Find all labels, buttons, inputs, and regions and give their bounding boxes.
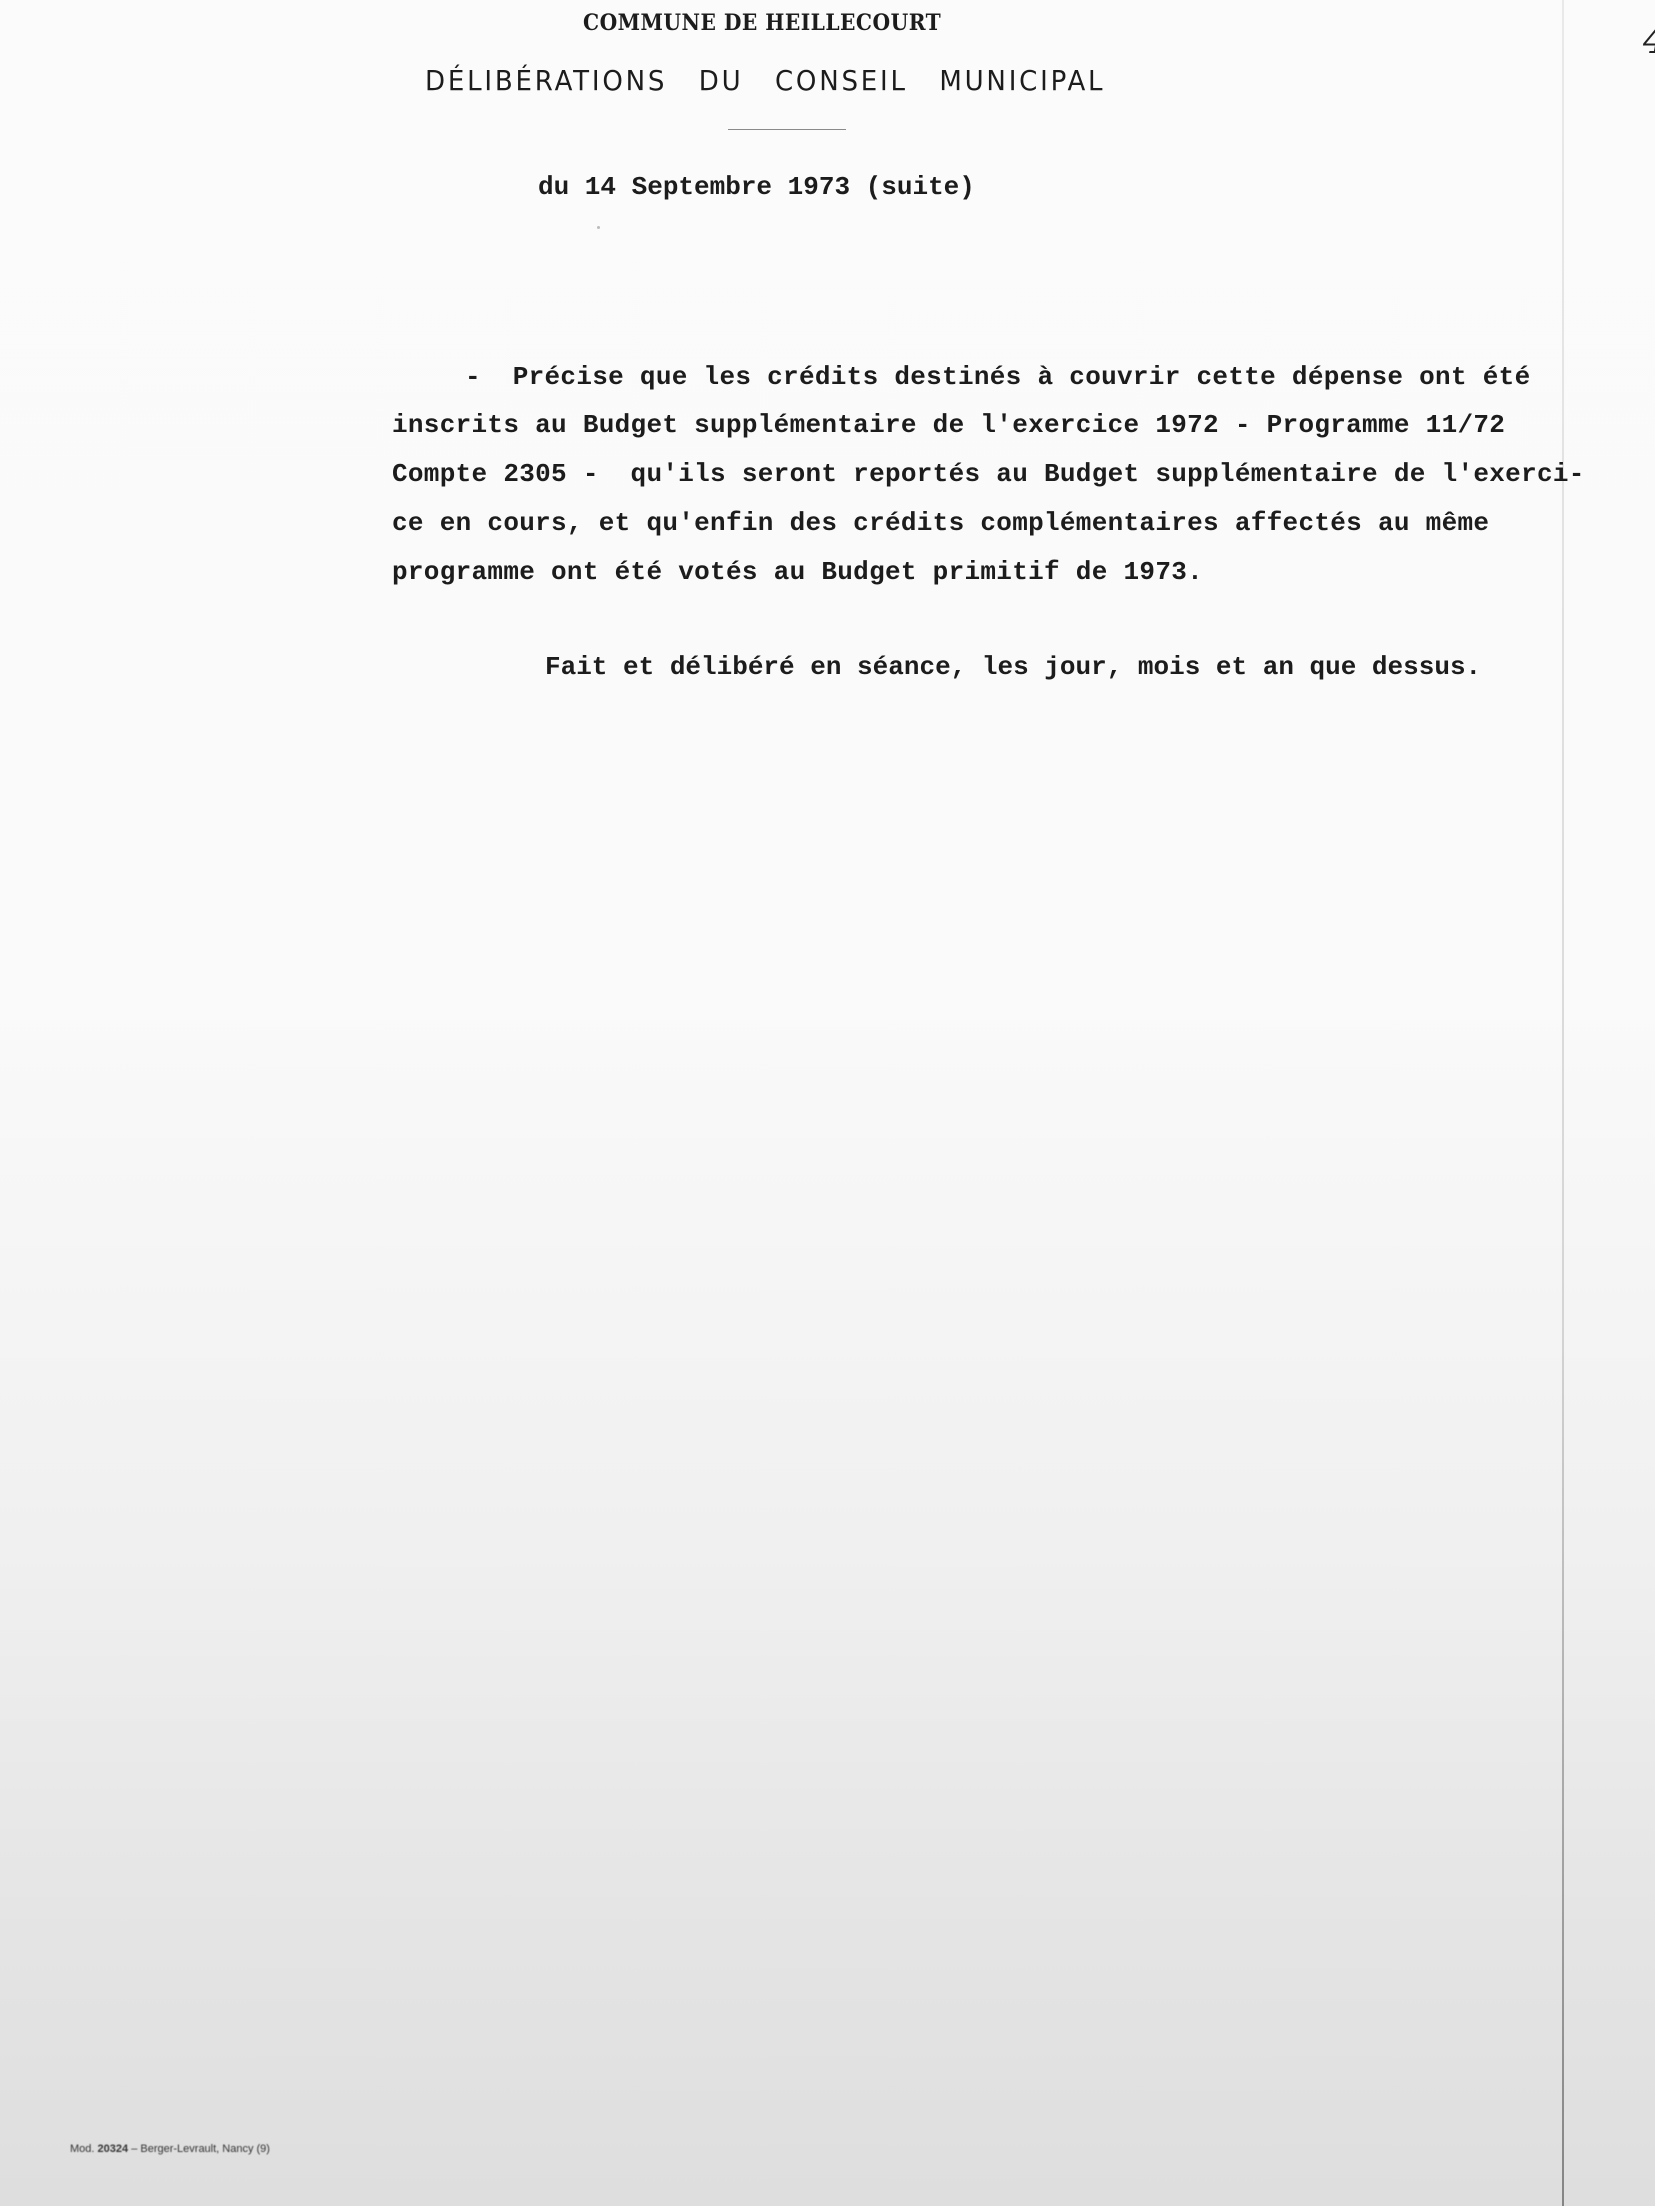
document-title: DÉLIBÉRATIONS DU CONSEIL MUNICIPAL — [425, 64, 1105, 97]
body-line: - Précise que les crédits destinés à cou… — [465, 362, 1530, 392]
publisher: – Berger-Levrault, Nancy (9) — [131, 2143, 270, 2155]
form-number: 20324 — [98, 2143, 129, 2155]
body-line: programme ont été votés au Budget primit… — [392, 557, 1203, 587]
form-footer: Mod. 20324 – Berger-Levrault, Nancy (9) — [70, 2143, 270, 2155]
page-edge-line — [1562, 0, 1564, 2206]
header-divider — [728, 129, 846, 130]
form-prefix: Mod. — [70, 2143, 94, 2155]
paper-speck — [597, 226, 600, 229]
body-line: ce en cours, et qu'enfin des crédits com… — [392, 508, 1489, 538]
body-line: Compte 2305 - qu'ils seront reportés au … — [392, 459, 1585, 489]
closing-formula: Fait et délibéré en séance, les jour, mo… — [545, 652, 1481, 682]
body-line: inscrits au Budget supplémentaire de l'e… — [392, 410, 1505, 440]
page-number: 4 — [1643, 18, 1655, 62]
session-date: du 14 Septembre 1973 (suite) — [538, 172, 975, 202]
commune-name: COMMUNE DE HEILLECOURT — [583, 10, 941, 36]
